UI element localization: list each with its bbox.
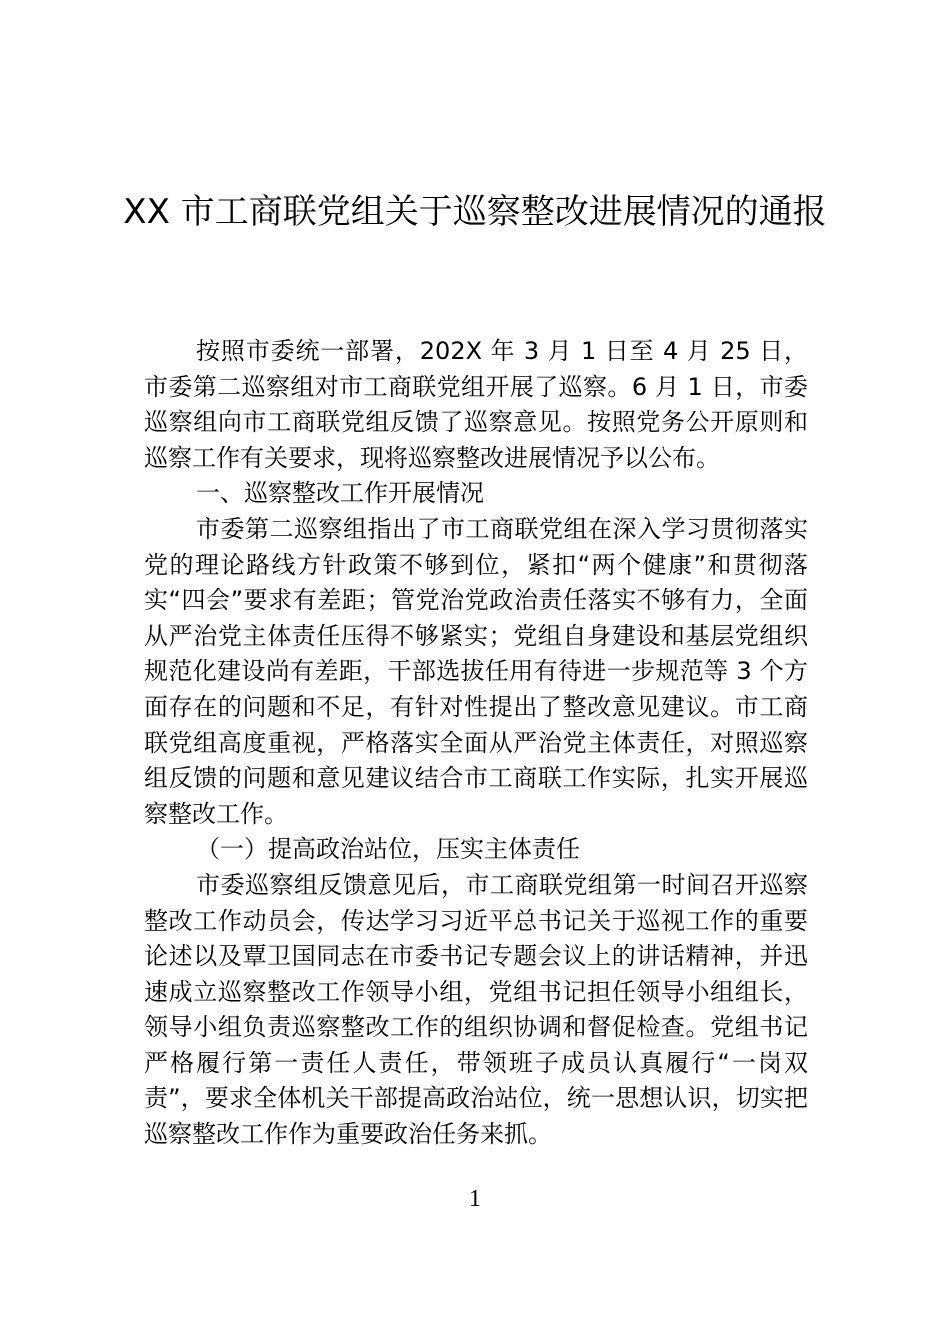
- section-heading-1: 一、巡察整改工作开展情况: [144, 476, 808, 512]
- document-page: XX 市工商联党组关于巡察整改进展情况的通报 按照市委统一部署，202X 年 3…: [0, 0, 950, 1344]
- subsection-heading-1: （一）提高政治站位，压实主体责任: [144, 832, 808, 868]
- body-paragraph: 市委第二巡察组指出了市工商联党组在深入学习贯彻落实党的理论路线方针政策不够到位，…: [144, 512, 808, 832]
- document-body: 按照市委统一部署，202X 年 3 月 1 日至 4 月 25 日，市委第二巡察…: [144, 334, 808, 1153]
- intro-paragraph: 按照市委统一部署，202X 年 3 月 1 日至 4 月 25 日，市委第二巡察…: [144, 334, 808, 476]
- document-title: XX 市工商联党组关于巡察整改进展情况的通报: [120, 168, 830, 256]
- page-number: 1: [0, 1186, 950, 1213]
- body-paragraph: 市委巡察组反馈意见后，市工商联党组第一时间召开巡察整改工作动员会，传达学习习近平…: [144, 868, 808, 1153]
